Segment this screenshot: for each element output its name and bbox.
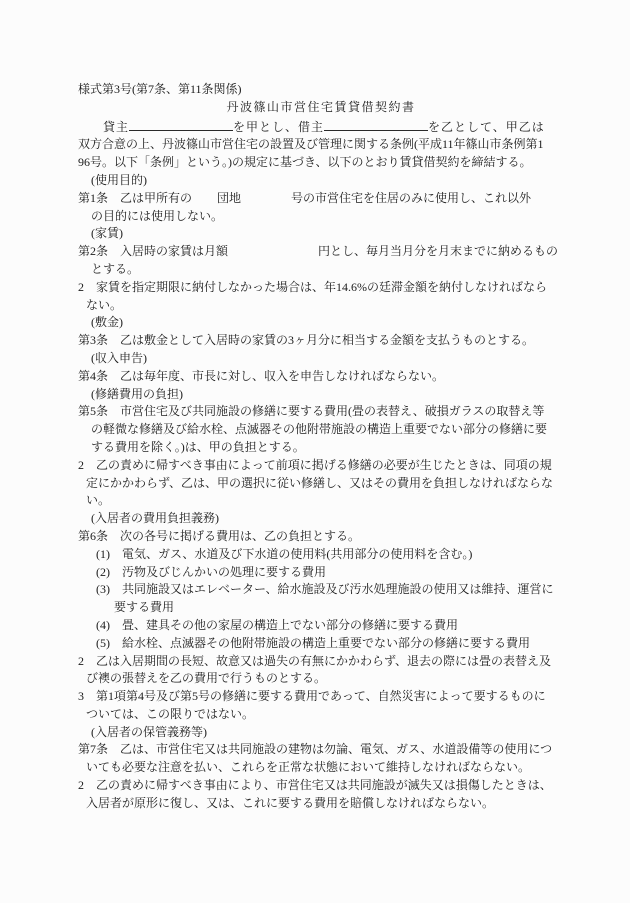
doc-line: い。 <box>86 492 564 510</box>
text-run: 第6条 次の各号に掲げる費用は、乙の負担とする。 <box>78 529 360 543</box>
doc-line: 入居者が原形に復し、又は、これに要する費用を賠償しなければならない。 <box>86 795 564 813</box>
text-run: ついては、この限りではない。 <box>86 707 254 721</box>
doc-line: いても必要な注意を払い、これらを正常な状態において維持しなければならない。 <box>86 759 564 777</box>
text-run: (2) 汚物及びじんかいの処理に要する費用 <box>96 565 326 579</box>
doc-line: ない。 <box>86 297 564 315</box>
text-run: (1) 電気、ガス、水道及び下水道の使用料(共用部分の使用料を含む。) <box>96 547 472 561</box>
article-1: 第1条 乙は甲所有の団地号の市営住宅を住居のみに使用し、これ以外 <box>78 190 564 208</box>
text-run: 様式第3号(第7条、第11条関係) <box>78 82 242 96</box>
article-7: 第7条 乙は、市営住宅又は共同施設の建物は勿論、電気、ガス、水道設備等の使用につ <box>78 741 564 759</box>
text-run: (敷金) <box>91 315 123 329</box>
party-line: 貸主を甲とし、借主を乙として、甲乙は <box>103 117 564 137</box>
doc-line: 3 第1項第4号及び第5号の修繕に要する費用であって、自然災害によって要するもの… <box>78 688 564 706</box>
text-run: 丹波篠山市営住宅賃貸借契約書 <box>226 100 415 114</box>
fill-in-blank-underline <box>324 117 428 131</box>
text-run: 円とし、毎月当月分を月末までに納めるもの <box>318 244 558 258</box>
text-run: 第5条 市営住宅及び共同施設の修繕に要する費用(畳の表替え、破損ガラスの取替え等 <box>78 404 544 418</box>
text-run: 3 第1項第4号及び第5号の修繕に要する費用であって、自然災害によって要するもの… <box>78 689 546 703</box>
text-run: 第3条 乙は敷金として入居時の家賃の3ヶ月分に相当する金額を支払うものとする。 <box>78 333 534 347</box>
form-number-label: 様式第3号(第7条、第11条関係) <box>78 81 564 99</box>
text-run: (5) 給水栓、点滅器その他附帯施設の構造上重要でない部分の修繕に要する費用 <box>96 636 530 650</box>
doc-line: 2 乙の責めに帰すべき事由によって前項に掲げる修繕の必要が生じたときは、同項の規 <box>78 457 564 475</box>
section-heading: (収入申告) <box>91 350 564 368</box>
text-run: 2 乙の責めに帰すべき事由によって前項に掲げる修繕の必要が生じたときは、同項の規 <box>78 458 552 472</box>
doc-line: 要する費用 <box>114 599 564 617</box>
section-heading: (入居者の費用負担義務) <box>91 510 564 528</box>
fill-in-blank-space <box>228 254 318 255</box>
text-run: 団地 <box>217 191 241 205</box>
text-run: 入居者が原形に復し、又は、これに要する費用を賠償しなければならない。 <box>86 796 494 810</box>
text-run: 第2条 入居時の家賃は月額 <box>78 244 228 258</box>
text-run: (入居者の保管義務等) <box>91 725 207 739</box>
text-run: を乙として、甲乙は <box>428 120 545 134</box>
text-run: (使用目的) <box>91 173 147 187</box>
doc-line: び襖の張替えを乙の費用で行うものとする。 <box>86 670 564 688</box>
item-2: (2) 汚物及びじんかいの処理に要する費用 <box>96 564 564 582</box>
text-run: 第7条 乙は、市営住宅又は共同施設の建物は勿論、電気、ガス、水道設備等の使用につ <box>78 742 552 756</box>
text-run: を甲とし、借主 <box>233 120 324 134</box>
document-title: 丹波篠山市営住宅賃貸借契約書 <box>78 99 564 117</box>
text-run: 定にかかわらず、乙は、甲の選択に従い修繕し、又はその費用を負担しなければならな <box>86 476 553 490</box>
doc-line: の目的には使用しない。 <box>91 208 564 226</box>
text-run: (収入申告) <box>91 351 147 365</box>
article-2: 第2条 入居時の家賃は月額円とし、毎月当月分を月末までに納めるもの <box>78 243 564 261</box>
fill-in-blank-underline <box>129 117 233 131</box>
doc-line: 96号。以下「条例」という。)の規定に基づき、以下のとおり賃貸借契約を締結する。 <box>78 154 564 172</box>
item-4: (4) 畳、建具その他の家屋の構造上でない部分の修繕に要する費用 <box>96 617 564 635</box>
text-run: (家賃) <box>91 226 123 240</box>
text-run: 2 乙の責めに帰すべき事由により、市営住宅又は共同施設が滅失又は損傷したときは、 <box>78 778 552 792</box>
text-run: 要する費用 <box>114 600 174 614</box>
fill-in-blank-space <box>192 201 217 202</box>
text-run: する費用を除く。)は、甲の負担とする。 <box>91 440 305 454</box>
item-1: (1) 電気、ガス、水道及び下水道の使用料(共用部分の使用料を含む。) <box>96 546 564 564</box>
text-run: (3) 共同施設又はエレベーター、給水施設及び汚水処理施設の使用又は維持、運営に <box>96 582 554 596</box>
text-run: の軽微な修繕及び給水栓、点滅器その他附帯施設の構造上重要でない部分の修繕に要 <box>91 422 547 436</box>
section-heading: (入居者の保管義務等) <box>91 724 564 742</box>
text-run: い。 <box>86 493 110 507</box>
text-run: とする。 <box>91 262 139 276</box>
text-run: (4) 畳、建具その他の家屋の構造上でない部分の修繕に要する費用 <box>96 618 458 632</box>
text-run: 号の市営住宅を住居のみに使用し、これ以外 <box>291 191 531 205</box>
text-run: 2 乙は入居期間の長短、故意又は過失の有無にかかわらず、退去の際には畳の表替え及 <box>78 654 551 668</box>
text-run: 第1条 乙は甲所有の <box>78 191 192 205</box>
doc-line: 定にかかわらず、乙は、甲の選択に従い修繕し、又はその費用を負担しなければならな <box>86 475 564 493</box>
fill-in-blank-space <box>241 201 291 202</box>
text-run: いても必要な注意を払い、これらを正常な状態において維持しなければならない。 <box>86 760 530 774</box>
doc-line: とする。 <box>91 261 564 279</box>
article-5: 第5条 市営住宅及び共同施設の修繕に要する費用(畳の表替え、破損ガラスの取替え等 <box>78 403 564 421</box>
section-heading: (使用目的) <box>91 172 564 190</box>
doc-line: する費用を除く。)は、甲の負担とする。 <box>91 439 564 457</box>
text-run: ない。 <box>86 298 122 312</box>
text-run: び襖の張替えを乙の費用で行うものとする。 <box>86 671 326 685</box>
doc-line: 2 乙は入居期間の長短、故意又は過失の有無にかかわらず、退去の際には畳の表替え及 <box>78 653 564 671</box>
text-run: (修繕費用の負担) <box>91 387 183 401</box>
section-heading: (修繕費用の負担) <box>91 386 564 404</box>
doc-line: 双方合意の上、丹波篠山市営住宅の設置及び管理に関する条例(平成11年篠山市条例第… <box>78 136 564 154</box>
text-run: 2 家賃を指定期限に納付しなかった場合は、年14.6%の廷滞金額を納付しなければ… <box>78 280 547 294</box>
doc-line: の軽微な修繕及び給水栓、点滅器その他附帯施設の構造上重要でない部分の修繕に要 <box>91 421 564 439</box>
article-6: 第6条 次の各号に掲げる費用は、乙の負担とする。 <box>78 528 564 546</box>
section-heading: (敷金) <box>91 314 564 332</box>
section-heading: (家賃) <box>91 225 564 243</box>
doc-line: 2 乙の責めに帰すべき事由により、市営住宅又は共同施設が滅失又は損傷したときは、 <box>78 777 564 795</box>
text-run: 96号。以下「条例」という。)の規定に基づき、以下のとおり賃貸借契約を締結する。 <box>78 155 532 169</box>
contract-page: 様式第3号(第7条、第11条関係)丹波篠山市営住宅賃貸借契約書貸主を甲とし、借主… <box>0 0 630 903</box>
article-3: 第3条 乙は敷金として入居時の家賃の3ヶ月分に相当する金額を支払うものとする。 <box>78 332 564 350</box>
document-body: 様式第3号(第7条、第11条関係)丹波篠山市営住宅賃貸借契約書貸主を甲とし、借主… <box>78 81 564 813</box>
text-run: 双方合意の上、丹波篠山市営住宅の設置及び管理に関する条例(平成11年篠山市条例第… <box>78 137 544 151</box>
item-3: (3) 共同施設又はエレベーター、給水施設及び汚水処理施設の使用又は維持、運営に <box>96 581 564 599</box>
doc-line: ついては、この限りではない。 <box>86 706 564 724</box>
text-run: 貸主 <box>103 120 129 134</box>
text-run: (入居者の費用負担義務) <box>91 511 219 525</box>
article-4: 第4条 乙は毎年度、市長に対し、収入を申告しなければならない。 <box>78 368 564 386</box>
item-5: (5) 給水栓、点滅器その他附帯施設の構造上重要でない部分の修繕に要する費用 <box>96 635 564 653</box>
text-run: の目的には使用しない。 <box>91 209 223 223</box>
text-run: 第4条 乙は毎年度、市長に対し、収入を申告しなければならない。 <box>78 369 444 383</box>
doc-line: 2 家賃を指定期限に納付しなかった場合は、年14.6%の廷滞金額を納付しなければ… <box>78 279 564 297</box>
